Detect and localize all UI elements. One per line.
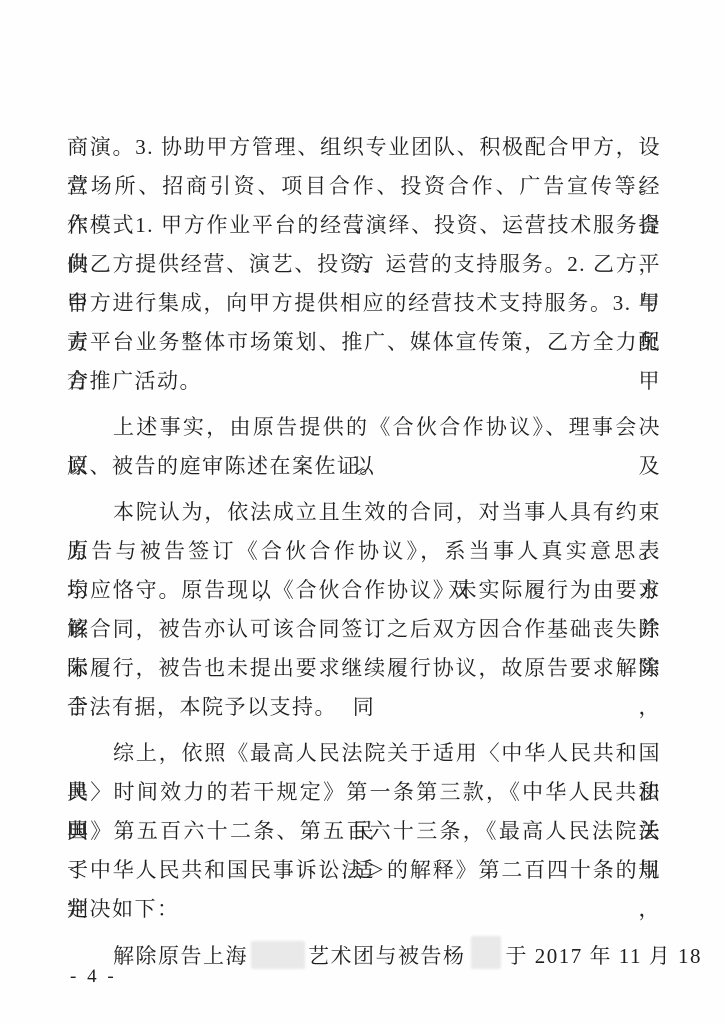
text-line: 商演。3. 协助甲方管理、组织专业团队、积极配合甲方，设立经 [67,128,661,167]
text-line: 向乙方提供经营、演艺、投资、运营的支持服务。2. 乙方平台与 [67,245,661,284]
text-line: 作模式1. 甲方作业平台的经营演绎、投资、运营技术服务提供方， [67,206,661,245]
text-line: 典〉时间效力的若干规定》第一条第三款，《中华人民共和国民法 [67,773,661,812]
text-line: 际履行，被告也未提出要求继续履行协议，故原告要求解除合同， [67,649,661,688]
text-line: 综上，依照《最高人民法院关于适用〈中华人民共和国民法 [67,734,661,773]
document-page: 商演。3. 协助甲方管理、组织专业团队、积极配合甲方，设立经 营场所、招商引资、… [0,0,725,1024]
text-line: 均应恪守。原告现以《合伙合作协议》未实际履行为由要求解除 [67,571,661,610]
text-line: 甲方进行集成，向甲方提供相应的经营技术支持服务。3. 甲方负 [67,284,661,323]
verdict-text-segment: 于 2017 年 11 月 18 [506,944,702,968]
redaction-box [471,936,501,969]
text-line: 本院认为，依法成立且生效的合同，对当事人具有约束力。 [67,493,661,532]
page-number: - 4 - [70,966,117,988]
text-line: ＜中华人民共和国民事诉讼法＞的解释》第二百四十条的规定， [67,851,661,890]
verdict-text-segment: 艺术团与被告杨 [308,944,466,968]
text-line: 责平台业务整体市场策划、推广、媒体宣传策，乙方全力配合甲 [67,323,661,362]
text-line: 营场所、招商引资、项目合作、投资合作、广告宣传等。六、合 [67,167,661,206]
verdict-text-segment: 解除原告上海 [113,944,248,968]
text-line: 上述事实，由原告提供的《合伙合作协议》、理事会决议以及 [67,408,661,447]
text-line: 该合同，被告亦认可该合同签订之后双方因合作基础丧失并未实 [67,610,661,649]
text-line: 原告与被告签订《合伙合作协议》，系当事人真实意思表示，双方 [67,532,661,571]
redaction-box [251,941,305,969]
text-line: 典》第五百六十二条、第五百六十三条，《最高人民法院关于适用 [67,812,661,851]
text-line-verdict: 解除原告上海艺术团与被告杨于 2017 年 11 月 18 [67,936,661,975]
judgment-body-text: 商演。3. 协助甲方管理、组织专业团队、积极配合甲方，设立经 营场所、招商引资、… [67,128,661,975]
